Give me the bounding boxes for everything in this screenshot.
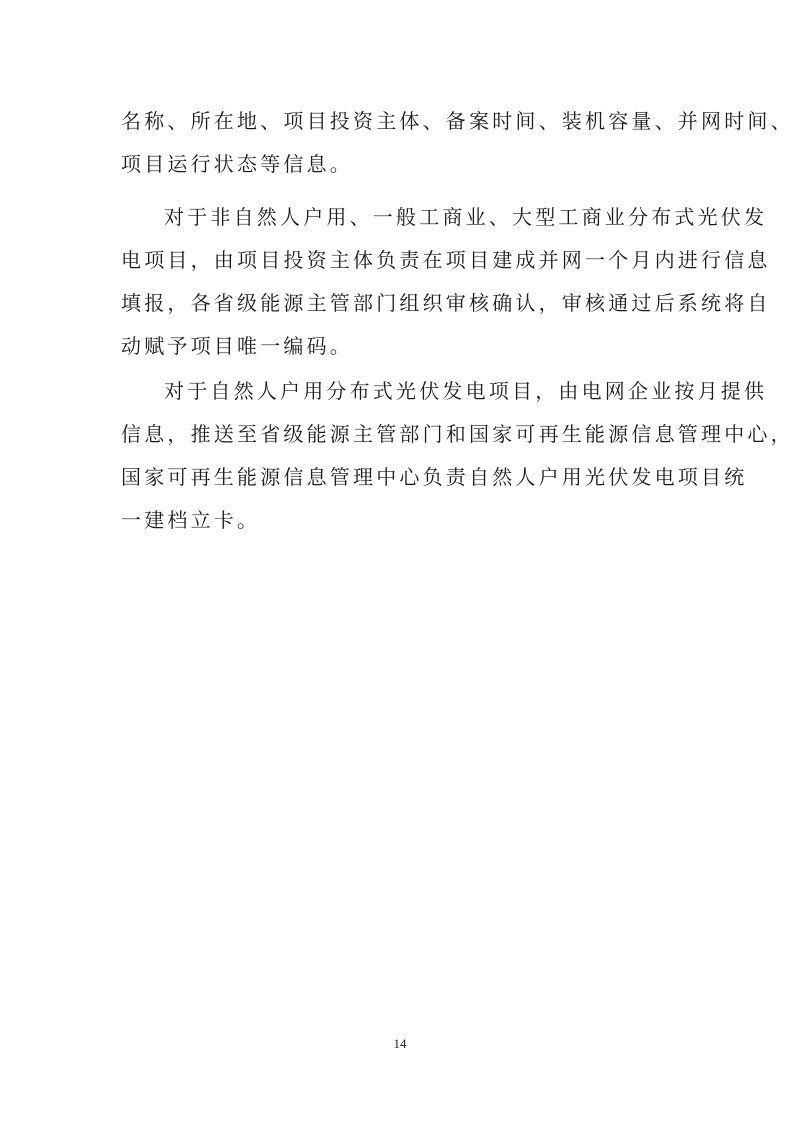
text-line: 对于非自然人户用、一般工商业、大型工商业分布式光伏发 bbox=[121, 196, 691, 239]
text-line: 项目运行状态等信息。 bbox=[121, 143, 691, 186]
text-line: 一建档立卡。 bbox=[121, 499, 691, 542]
text-line: 动赋予项目唯一编码。 bbox=[121, 325, 691, 368]
paragraph-continuation: 名称、所在地、项目投资主体、备案时间、装机容量、并网时间、 项目运行状态等信息。 bbox=[121, 100, 691, 186]
text-line: 填报，各省级能源主管部门组织审核确认，审核通过后系统将自 bbox=[121, 282, 691, 325]
document-page: 名称、所在地、项目投资主体、备案时间、装机容量、并网时间、 项目运行状态等信息。… bbox=[0, 0, 800, 1131]
text-line: 对于自然人户用分布式光伏发电项目，由电网企业按月提供 bbox=[121, 370, 691, 413]
paragraph-natural-person-projects: 对于自然人户用分布式光伏发电项目，由电网企业按月提供 信息，推送至省级能源主管部… bbox=[121, 370, 691, 542]
text-line: 国家可再生能源信息管理中心负责自然人户用光伏发电项目统 bbox=[121, 456, 691, 499]
paragraph-non-natural-person-projects: 对于非自然人户用、一般工商业、大型工商业分布式光伏发 电项目，由项目投资主体负责… bbox=[121, 196, 691, 368]
text-line: 名称、所在地、项目投资主体、备案时间、装机容量、并网时间、 bbox=[121, 100, 691, 143]
text-line: 电项目，由项目投资主体负责在项目建成并网一个月内进行信息 bbox=[121, 239, 691, 282]
page-number: 14 bbox=[0, 1036, 800, 1052]
text-line: 信息，推送至省级能源主管部门和国家可再生能源信息管理中心， bbox=[121, 413, 691, 456]
